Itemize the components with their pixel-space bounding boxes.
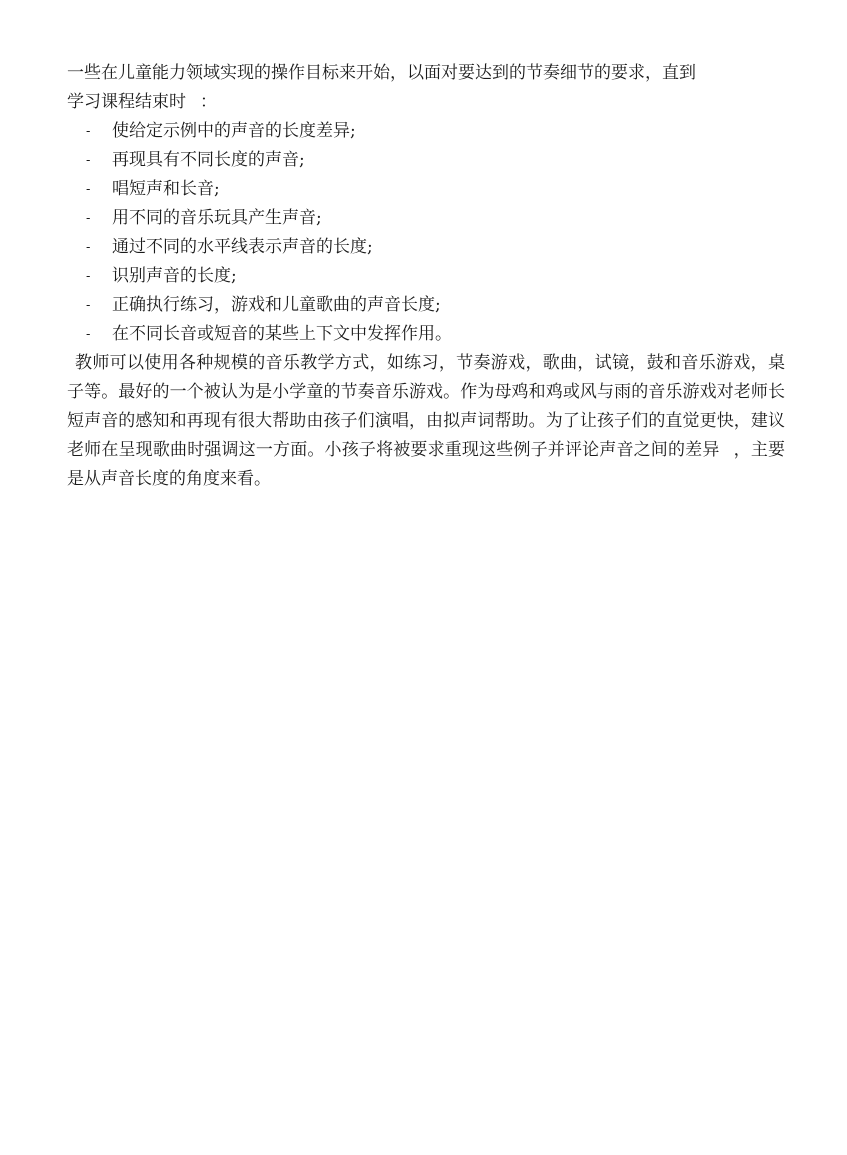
list-item-text: 识别声音的长度; <box>112 266 237 286</box>
body-paragraph: 教师可以使用各种规模的音乐教学方式，如练习，节奏游戏，歌曲，试镜，鼓和音乐游戏，… <box>67 349 785 494</box>
list-item-text: 通过不同的水平线表示声音的长度; <box>112 237 373 257</box>
dash-bullet-icon: - <box>86 175 90 204</box>
list-item-text: 用不同的音乐玩具产生声音; <box>112 208 322 228</box>
list-item: -用不同的音乐玩具产生声音; <box>67 204 785 233</box>
dash-bullet-icon: - <box>86 117 90 146</box>
list-item: -识别声音的长度; <box>67 262 785 291</box>
intro-paragraph: 一些在儿童能力领域实现的操作目标来开始，以面对要达到的节奏细节的要求，直到 学习… <box>67 59 785 117</box>
list-item: -通过不同的水平线表示声音的长度; <box>67 233 785 262</box>
list-item: -使给定示例中的声音的长度差异; <box>67 117 785 146</box>
objectives-list: -使给定示例中的声音的长度差异; -再现具有不同长度的声音; -唱短声和长音; … <box>67 117 785 349</box>
list-item: -再现具有不同长度的声音; <box>67 146 785 175</box>
dash-bullet-icon: - <box>86 233 90 262</box>
body-text: 教师可以使用各种规模的音乐教学方式，如练习，节奏游戏，歌曲，试镜，鼓和音乐游戏，… <box>67 353 785 460</box>
list-item: -在不同长音或短音的某些上下文中发挥作用。 <box>67 320 785 349</box>
intro-line-2: 学习课程结束时 <box>67 92 186 112</box>
list-item-text: 使给定示例中的声音的长度差异; <box>112 121 356 141</box>
list-item-text: 在不同长音或短音的某些上下文中发挥作用。 <box>112 324 452 344</box>
dash-bullet-icon: - <box>86 291 90 320</box>
list-item-text: 再现具有不同长度的声音; <box>112 150 305 170</box>
document-page: 一些在儿童能力领域实现的操作目标来开始，以面对要达到的节奏细节的要求，直到 学习… <box>67 59 785 494</box>
list-item: -唱短声和长音; <box>67 175 785 204</box>
list-item: -正确执行练习，游戏和儿童歌曲的声音长度; <box>67 291 785 320</box>
dash-bullet-icon: - <box>86 204 90 233</box>
intro-line-1: 一些在儿童能力领域实现的操作目标来开始，以面对要达到的节奏细节的要求，直到 <box>67 63 696 83</box>
dash-bullet-icon: - <box>86 146 90 175</box>
dash-bullet-icon: - <box>86 320 90 349</box>
list-item-text: 唱短声和长音; <box>112 179 220 199</box>
dash-bullet-icon: - <box>86 262 90 291</box>
intro-colon: ： <box>200 92 217 112</box>
list-item-text: 正确执行练习，游戏和儿童歌曲的声音长度; <box>112 295 441 315</box>
